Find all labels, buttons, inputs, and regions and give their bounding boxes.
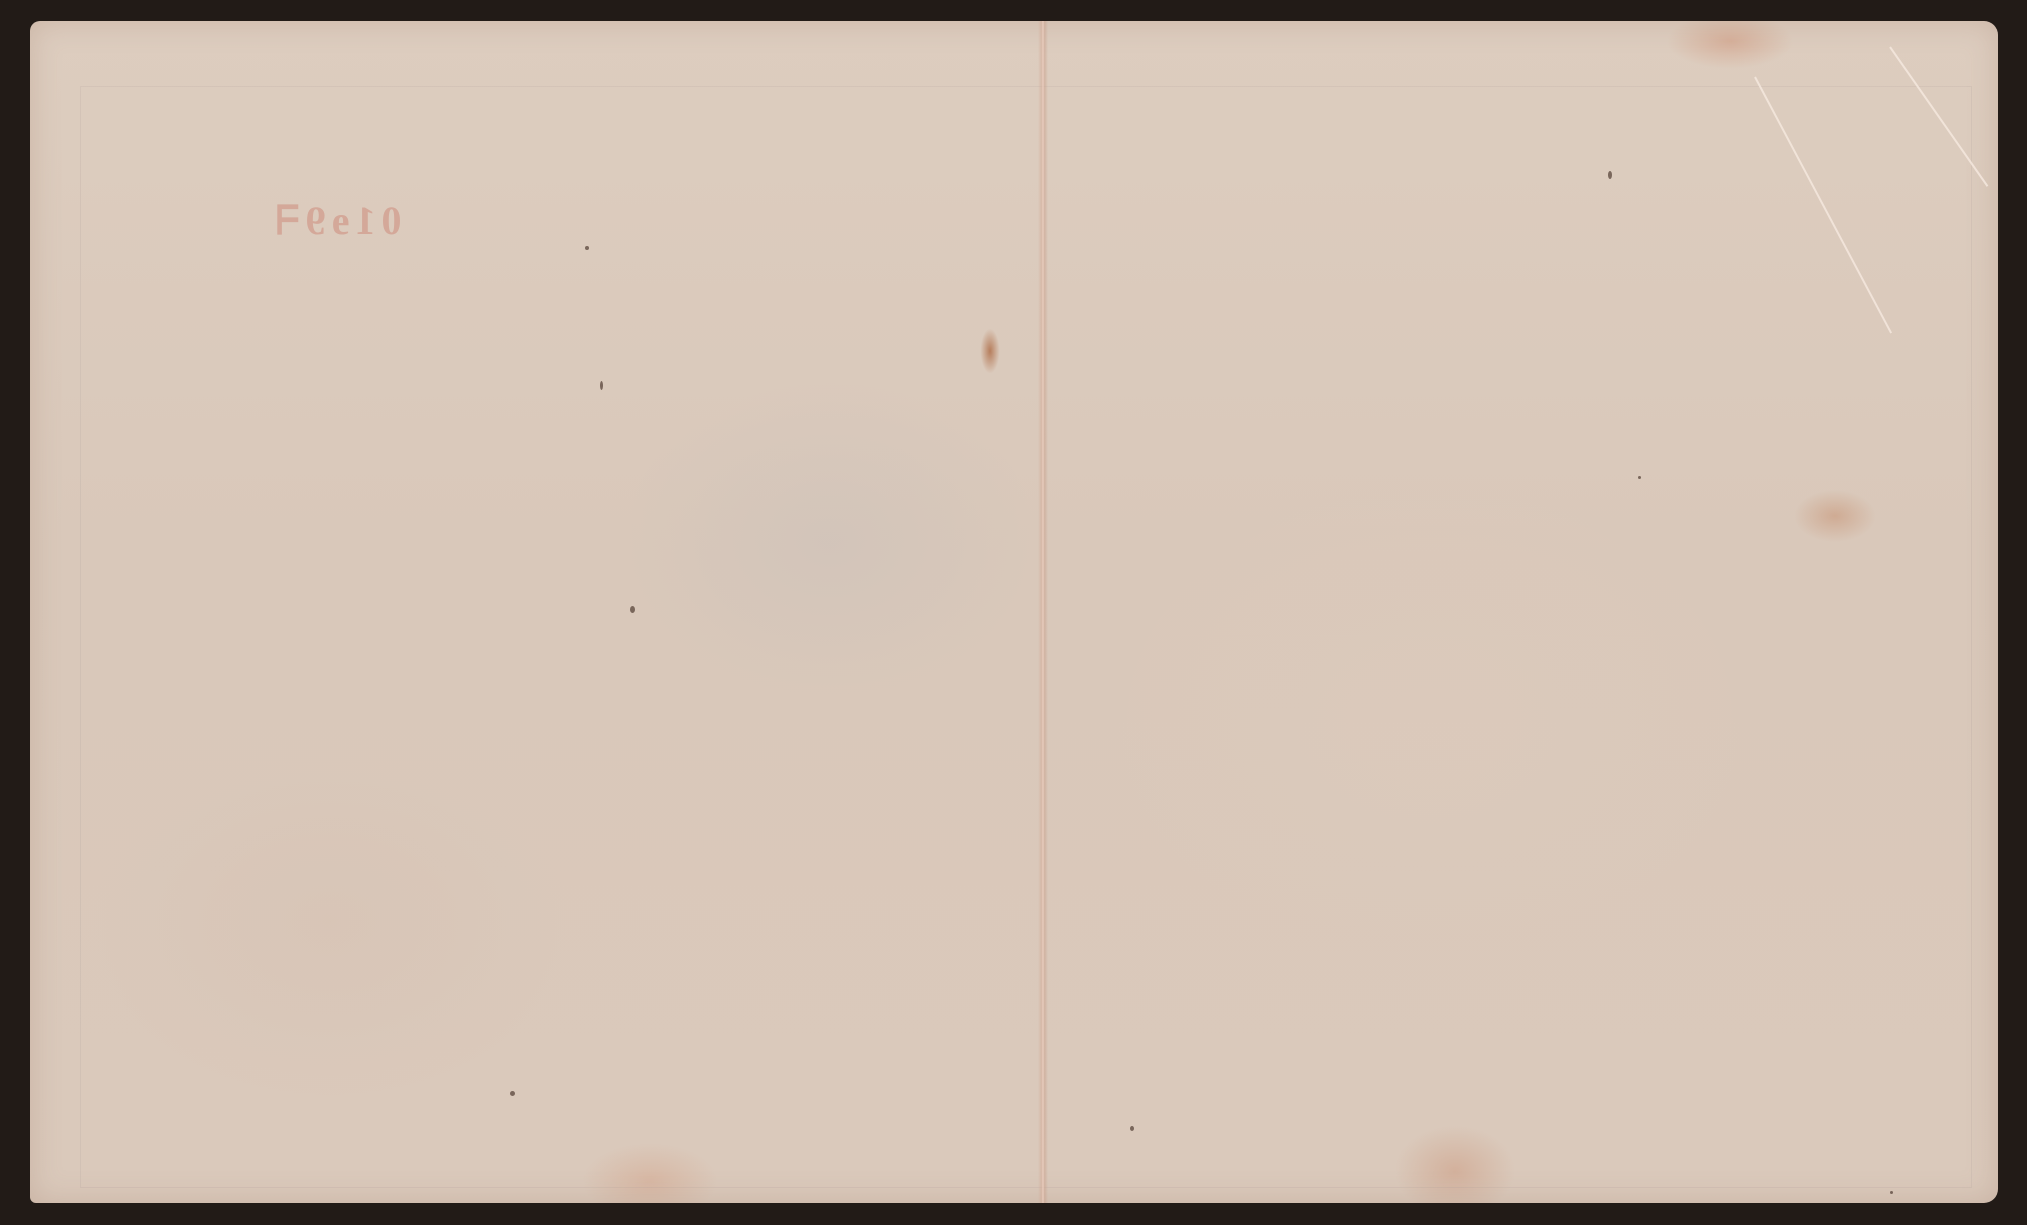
ink-speck bbox=[1608, 171, 1612, 179]
faint-print-border bbox=[80, 86, 1972, 1188]
banknote-reverse: 01ɘ9ᖷ bbox=[30, 21, 1998, 1203]
ink-speck bbox=[510, 1091, 515, 1096]
vertical-fold-line bbox=[1038, 21, 1048, 1203]
ink-speck bbox=[1890, 1191, 1893, 1194]
ink-speck bbox=[1130, 1126, 1134, 1131]
serial-number-bleed-through: 01ɘ9ᖷ bbox=[270, 197, 401, 244]
ink-speck bbox=[600, 381, 603, 390]
ink-speck bbox=[585, 246, 589, 250]
ink-speck bbox=[1638, 476, 1641, 479]
ink-speck bbox=[630, 606, 635, 613]
dark-backdrop: 01ɘ9ᖷ bbox=[0, 0, 2027, 1225]
